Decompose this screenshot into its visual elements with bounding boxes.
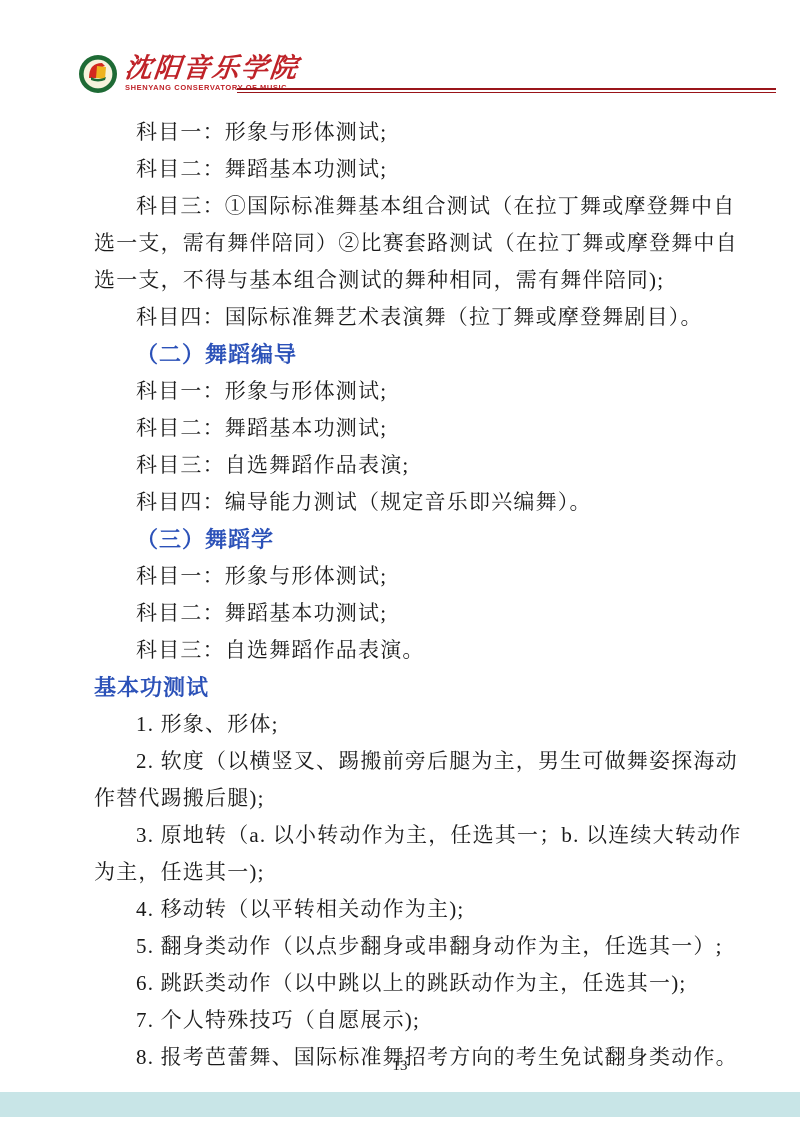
- text-line: 科目一：形象与形体测试;: [94, 373, 712, 410]
- text-line: 科目二：舞蹈基本功测试;: [94, 410, 712, 447]
- text-line: 7. 个人特殊技巧（自愿展示);: [94, 1002, 712, 1039]
- text-line: 为主，任选其一);: [94, 854, 712, 891]
- text-line: 科目二：舞蹈基本功测试;: [94, 151, 712, 188]
- text-line: 5. 翻身类动作（以点步翻身或串翻身动作为主，任选其一）;: [94, 928, 712, 965]
- text-line: 选一支，不得与基本组合测试的舞种相同，需有舞伴陪同);: [94, 262, 712, 299]
- text-line: 1. 形象、形体;: [94, 706, 712, 743]
- header-rule-line: [237, 88, 776, 93]
- text-line: 作替代踢搬后腿);: [94, 780, 712, 817]
- document-body: 科目一：形象与形体测试;科目二：舞蹈基本功测试;科目三：①国际标准舞基本组合测试…: [94, 114, 712, 1076]
- text-line: 2. 软度（以横竖叉、踢搬前旁后腿为主，男生可做舞姿探海动: [94, 743, 712, 780]
- text-line: 科目二：舞蹈基本功测试;: [94, 595, 712, 632]
- text-line: 科目一：形象与形体测试;: [94, 114, 712, 151]
- text-line: 4. 移动转（以平转相关动作为主);: [94, 891, 712, 928]
- text-line: 选一支，需有舞伴陪同）②比赛套路测试（在拉丁舞或摩登舞中自: [94, 225, 712, 262]
- section-heading: 基本功测试: [94, 669, 712, 706]
- footer-decorative-band: [0, 1092, 800, 1117]
- text-line: 科目三：自选舞蹈作品表演。: [94, 632, 712, 669]
- school-logo: 沈阳音乐学院 SHENYANG CONSERVATORY OF MUSIC: [125, 54, 299, 92]
- text-line: 6. 跳跃类动作（以中跳以上的跳跃动作为主，任选其一);: [94, 965, 712, 1002]
- text-line: 科目一：形象与形体测试;: [94, 558, 712, 595]
- section-heading: （二）舞蹈编导: [94, 336, 712, 373]
- page-number: 13: [0, 1058, 800, 1075]
- text-line: 科目三：自选舞蹈作品表演;: [94, 447, 712, 484]
- text-line: 3. 原地转（a. 以小转动作为主，任选其一；b. 以连续大转动作: [94, 817, 712, 854]
- document-page: 沈阳音乐学院 SHENYANG CONSERVATORY OF MUSIC 科目…: [0, 0, 800, 1123]
- school-emblem-icon: [78, 54, 118, 94]
- text-line: 科目四：编导能力测试（规定音乐即兴编舞）。: [94, 484, 712, 521]
- section-heading: （三）舞蹈学: [94, 521, 712, 558]
- logo-chinese-name: 沈阳音乐学院: [124, 54, 301, 82]
- text-line: 科目四：国际标准舞艺术表演舞（拉丁舞或摩登舞剧目）。: [94, 299, 712, 336]
- text-line: 科目三：①国际标准舞基本组合测试（在拉丁舞或摩登舞中自: [94, 188, 712, 225]
